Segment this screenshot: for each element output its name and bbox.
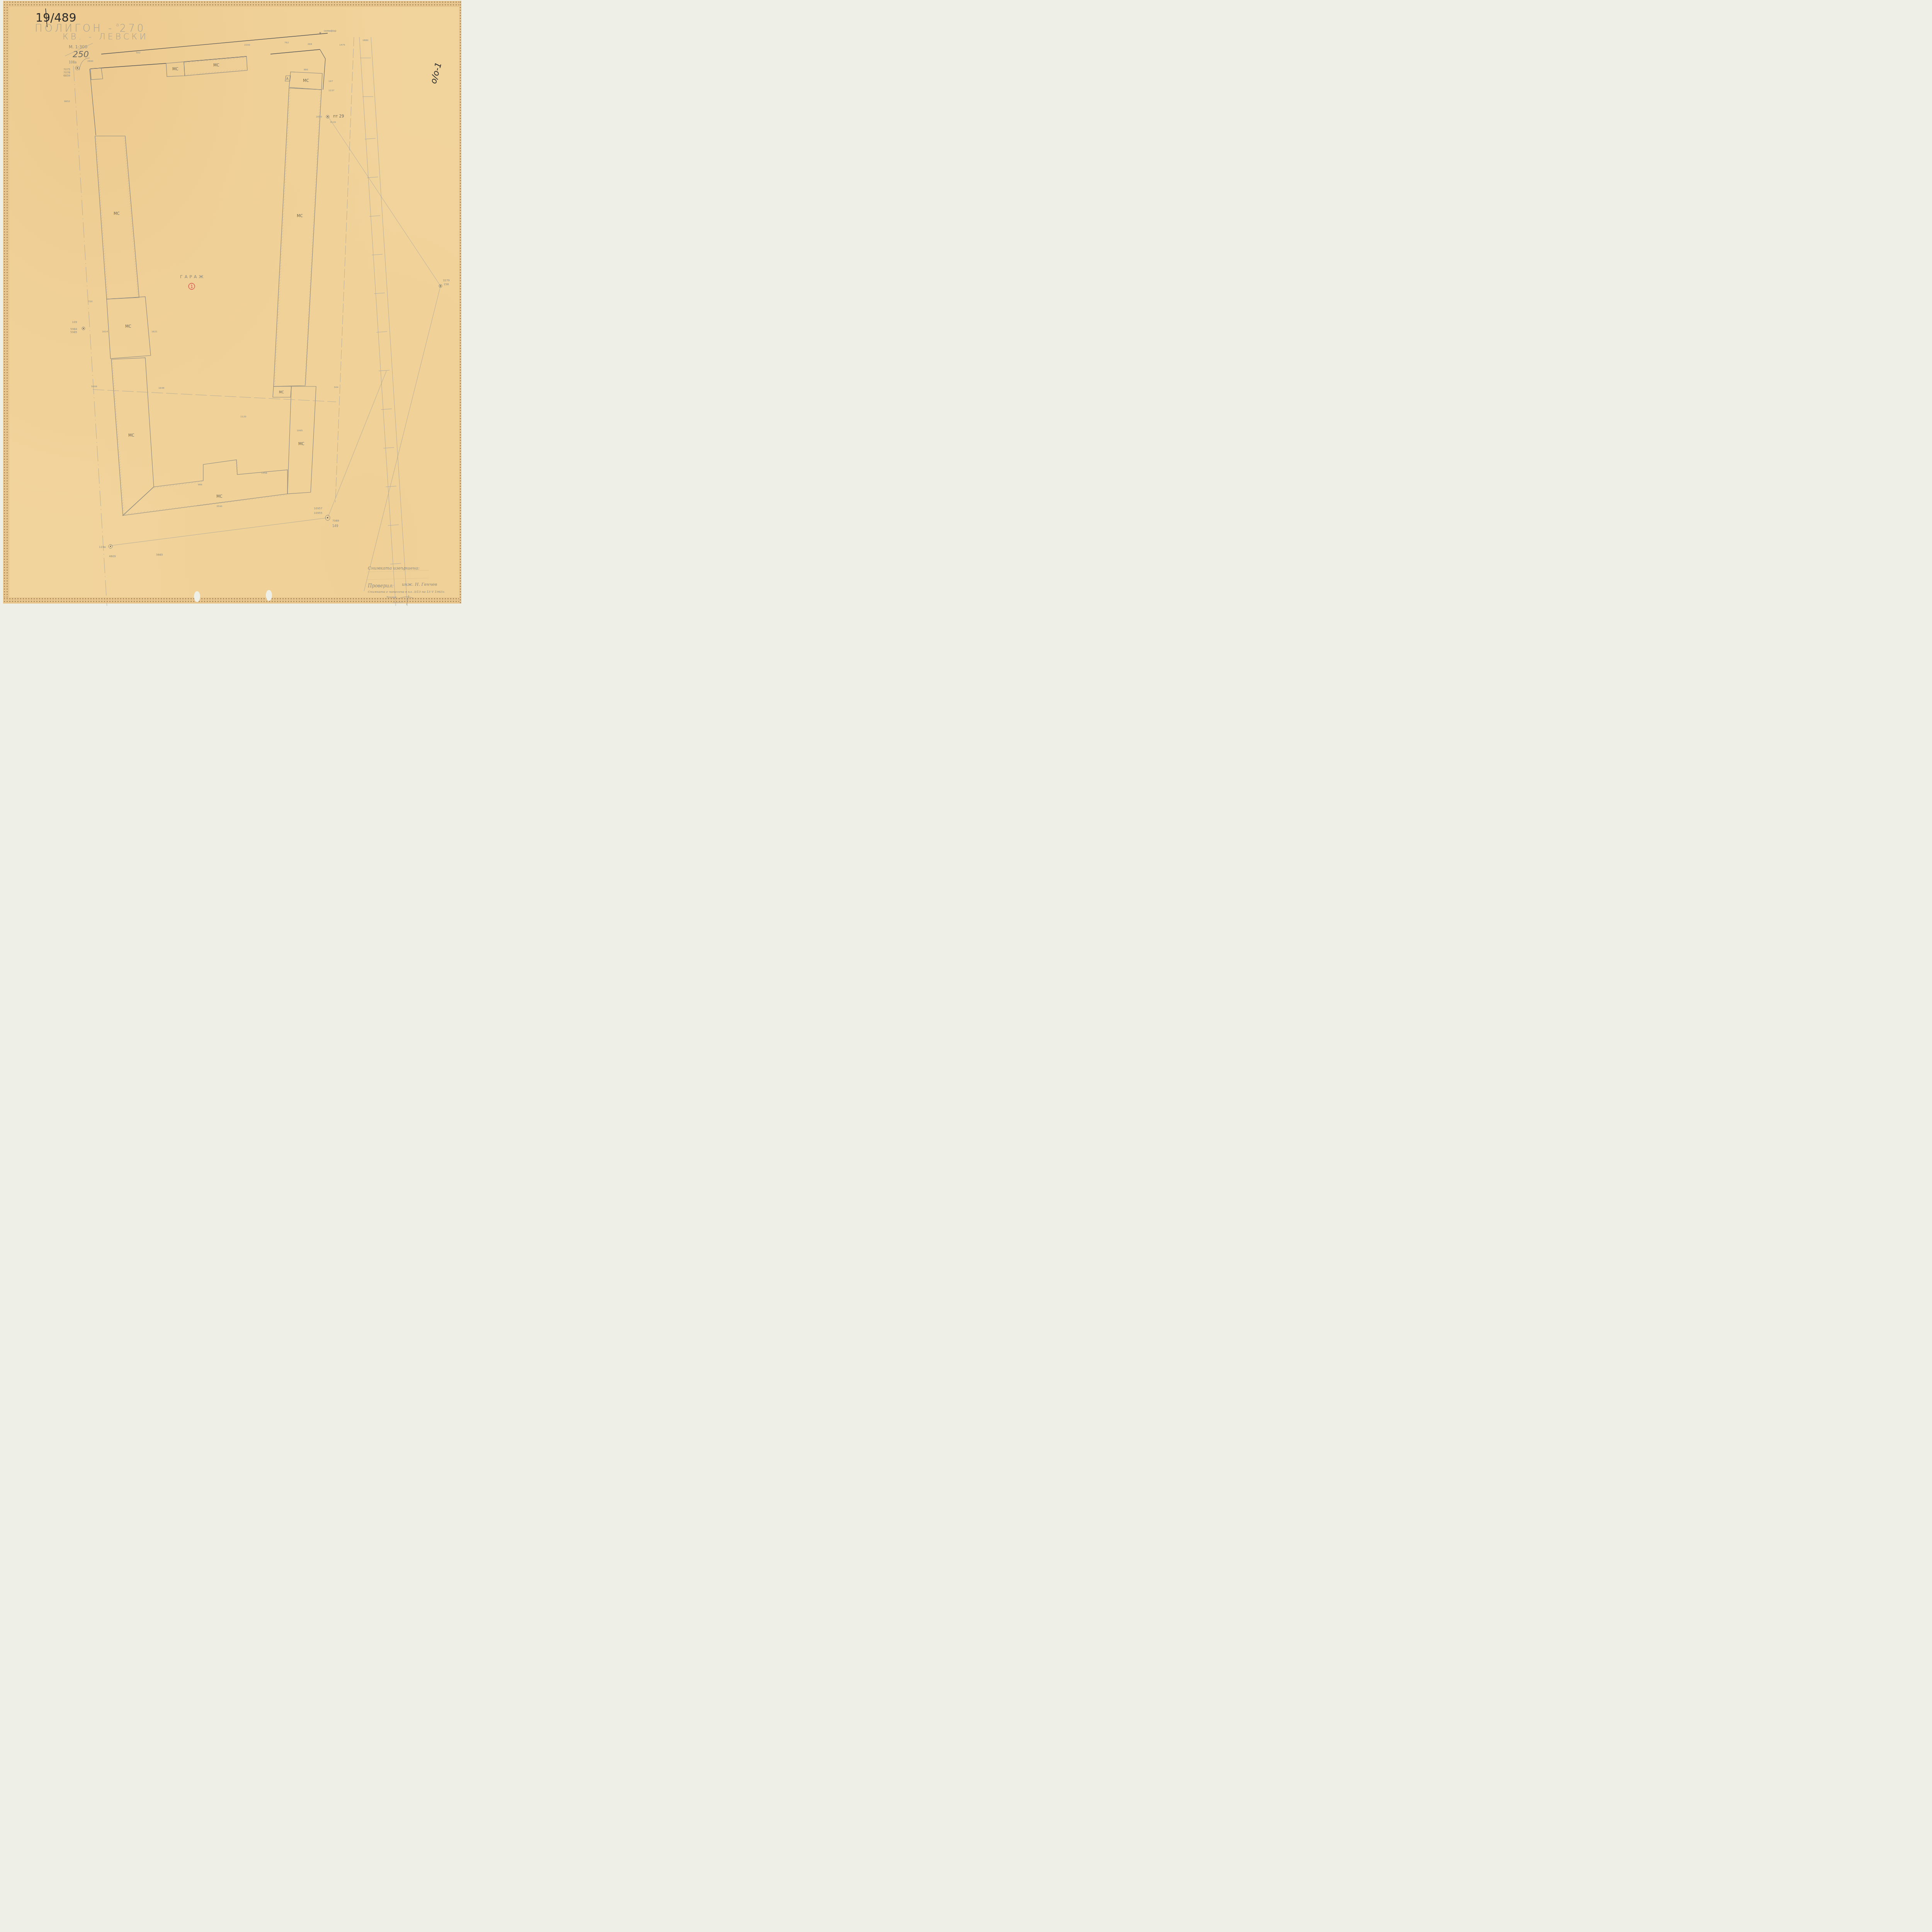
building-label: МС — [298, 442, 304, 446]
svg-text:3590: 3590 — [216, 505, 222, 508]
signature-block: Снимката извършена: Проверил: инж. Н. Ге… — [367, 566, 445, 605]
title-quarter: КВ. - ЛЕВСКИ — [63, 32, 148, 42]
building-bottom — [123, 460, 287, 515]
svg-text:158: 158 — [444, 283, 449, 286]
svg-text:344: 344 — [334, 386, 338, 389]
svg-text:1475: 1475 — [339, 44, 345, 46]
survey-point: 109 5984 5985 — [70, 321, 85, 334]
svg-text:2200: 2200 — [244, 44, 250, 46]
survey-point: 3279 158 — [439, 279, 450, 287]
svg-text:10957: 10957 — [314, 507, 322, 510]
svg-text:×: × — [319, 31, 322, 35]
building-label: МС — [303, 79, 309, 83]
svg-text:108а: 108а — [69, 61, 77, 64]
svg-text:3120: 3120 — [330, 121, 336, 124]
svg-text:o/o-1: o/o-1 — [429, 61, 444, 85]
survey-point: 108а 7075 7076 6859 — [63, 61, 79, 77]
svg-text:10955: 10955 — [314, 512, 322, 515]
traverse-lines — [73, 37, 440, 606]
svg-text:6652: 6652 — [64, 100, 70, 103]
svg-text:4609: 4609 — [109, 555, 116, 558]
svg-text:1621: 1621 — [151, 330, 157, 333]
survey-completed-label: Снимката извършена: — [368, 566, 420, 571]
building-label: А — [286, 77, 289, 81]
svg-text:7075: 7075 — [63, 68, 70, 71]
survey-point: 149 10957 10955 7069 — [314, 507, 339, 528]
svg-text:109: 109 — [72, 321, 77, 324]
building-corner-annex — [90, 68, 103, 80]
svg-text:5665: 5665 — [156, 553, 163, 556]
sheet-code: o/o-1 — [429, 61, 444, 85]
svg-text:пт 29: пт 29 — [333, 114, 344, 119]
svg-text:7069: 7069 — [332, 519, 339, 522]
building-label: МС — [128, 434, 134, 438]
dimension-annotations: 2890 502 2200 762 268 1475 1880 6652 720… — [64, 39, 368, 508]
svg-text:502: 502 — [136, 51, 141, 54]
checked-by-label: Проверил: — [367, 583, 394, 588]
svg-text:762: 762 — [284, 41, 289, 44]
building-label: МС — [297, 214, 303, 218]
svg-text:1648: 1648 — [158, 387, 164, 389]
building-label: МС — [216, 495, 223, 499]
building-label: МС — [279, 391, 284, 394]
svg-text:119а: 119а — [99, 546, 106, 549]
svg-text:149: 149 — [332, 524, 338, 528]
street-lines — [79, 33, 328, 135]
building-label: МС — [172, 67, 179, 71]
survey-point: 119а 4609 5665 — [99, 544, 163, 558]
svg-text:720: 720 — [88, 300, 93, 303]
building-hatching — [96, 57, 321, 515]
svg-text:1614: 1614 — [102, 330, 108, 333]
svg-text:1120: 1120 — [240, 415, 246, 418]
semaphore-label: семафор — [324, 29, 337, 32]
building-right-long — [274, 88, 321, 386]
svg-text:1356: 1356 — [261, 472, 267, 474]
cadastral-map: 19/489 ПОЛИГОН - 270 а КВ. - ЛЕВСКИ М. 1… — [0, 0, 462, 606]
svg-text:6859: 6859 — [63, 74, 70, 77]
building-label: МС — [114, 212, 120, 216]
parcel-label: ГАРАЖ — [180, 274, 205, 279]
svg-text:5099: 5099 — [91, 385, 97, 388]
svg-text:5984: 5984 — [70, 328, 77, 331]
svg-text:2890: 2890 — [87, 60, 93, 63]
svg-text:1880: 1880 — [362, 39, 368, 42]
svg-text:986: 986 — [198, 483, 202, 486]
title-superscript: а — [116, 22, 121, 28]
parcel-number: 1 — [190, 285, 193, 289]
survey-point: пт 29 2000 3120 — [316, 114, 344, 124]
semaphore-marker: × семафор — [319, 29, 337, 35]
technician-signature — [398, 595, 413, 605]
building-right-lower — [287, 386, 316, 494]
checked-by-name: инж. Н. Генчев — [402, 582, 437, 587]
building-label: МС — [213, 63, 219, 68]
svg-text:7076: 7076 — [63, 71, 70, 74]
svg-text:1995: 1995 — [297, 429, 303, 432]
svg-text:880: 880 — [304, 68, 308, 71]
svg-text:197: 197 — [328, 80, 333, 83]
rail-track — [360, 58, 403, 603]
svg-text:1237: 1237 — [328, 89, 334, 92]
svg-text:5985: 5985 — [70, 331, 77, 334]
svg-text:2000: 2000 — [316, 116, 322, 118]
svg-text:3279: 3279 — [443, 279, 450, 282]
svg-text:268: 268 — [308, 43, 312, 46]
plotted-note: Снимката е нанесена в кл. 3/13 на 13 V 1… — [368, 590, 445, 594]
building-label: МС — [125, 325, 131, 329]
technician-label: Техник: — [386, 596, 397, 599]
